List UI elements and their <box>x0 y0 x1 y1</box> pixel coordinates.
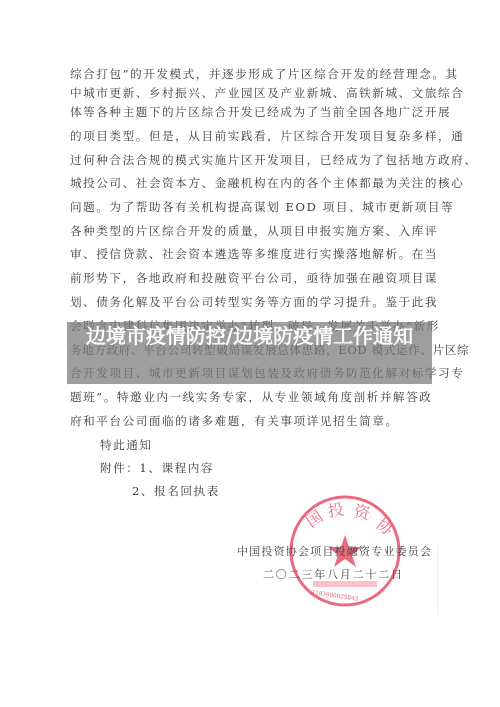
signature-org: 中国投资协会项目投融资专业委员会 <box>237 543 432 559</box>
body-line: 划、债务化解及平台公司转型实务等方面的学习提升。鉴于此我 <box>70 295 438 309</box>
body-line: 题班”。特邀业内一线实务专家，从专业领域角度剖析并解答政 <box>70 390 432 404</box>
body-line: 问题。为了帮助各有关机构提高谋划 EOD 项目、城市更新项目等 <box>70 200 454 214</box>
page-edge-divider <box>437 545 438 615</box>
svg-text:资: 资 <box>352 501 373 523</box>
body-line: 审、授信贷款、社会资本遴选等多维度进行实操落地解析。在当 <box>70 247 438 261</box>
body-line: 的项目类型。但是，从目前实践看，片区综合开发项目复杂多样，通 <box>70 129 464 143</box>
attachment-2: 2、报名回执表 <box>132 484 220 498</box>
body-line: 综合打包”的开发模式，并逐步形成了片区综合开发的经营理念。其 <box>70 67 459 81</box>
svg-text:投: 投 <box>326 499 345 520</box>
closing-text: 特此通知 <box>100 438 153 452</box>
body-line: 中城市更新、乡村振兴、产业园区及产业新城、高铁新城、文旅综合 <box>70 86 464 100</box>
svg-text:协: 协 <box>373 514 398 539</box>
svg-text:1103000025043: 1103000025043 <box>311 589 359 603</box>
body-line: 府和平台公司面临的诸多难题，有关事项详见招生简章。 <box>70 414 399 428</box>
overlay-title: 边境市疫情防控/边境防疫情工作通知 <box>67 323 432 349</box>
body-line: 过何种合法合规的模式实施片区开发项目，已经成为了包括地方政府、 <box>70 153 477 167</box>
svg-text:国: 国 <box>302 507 326 532</box>
body-line: 前形势下，各地政府和投融资平台公司，亟待加强在融资项目谋 <box>70 271 438 285</box>
signature-date: 二〇二三年八月二十二日 <box>263 566 404 582</box>
body-line: 各种类型的片区综合开发的质量，从项目申报实施方案、入库评 <box>70 224 438 238</box>
attachment-1: 附件：1、课程内容 <box>100 461 214 475</box>
body-line: 体等各种主题下的片区综合开发已经成为了当前全国各地广泛开展 <box>70 105 451 119</box>
body-line: 城投公司、社会资本方、金融机构在内的各个主体都最为关注的核心 <box>70 176 464 190</box>
document-page: 综合打包”的开发模式，并逐步形成了片区综合开发的经营理念。其 中城市更新、乡村振… <box>0 0 500 707</box>
